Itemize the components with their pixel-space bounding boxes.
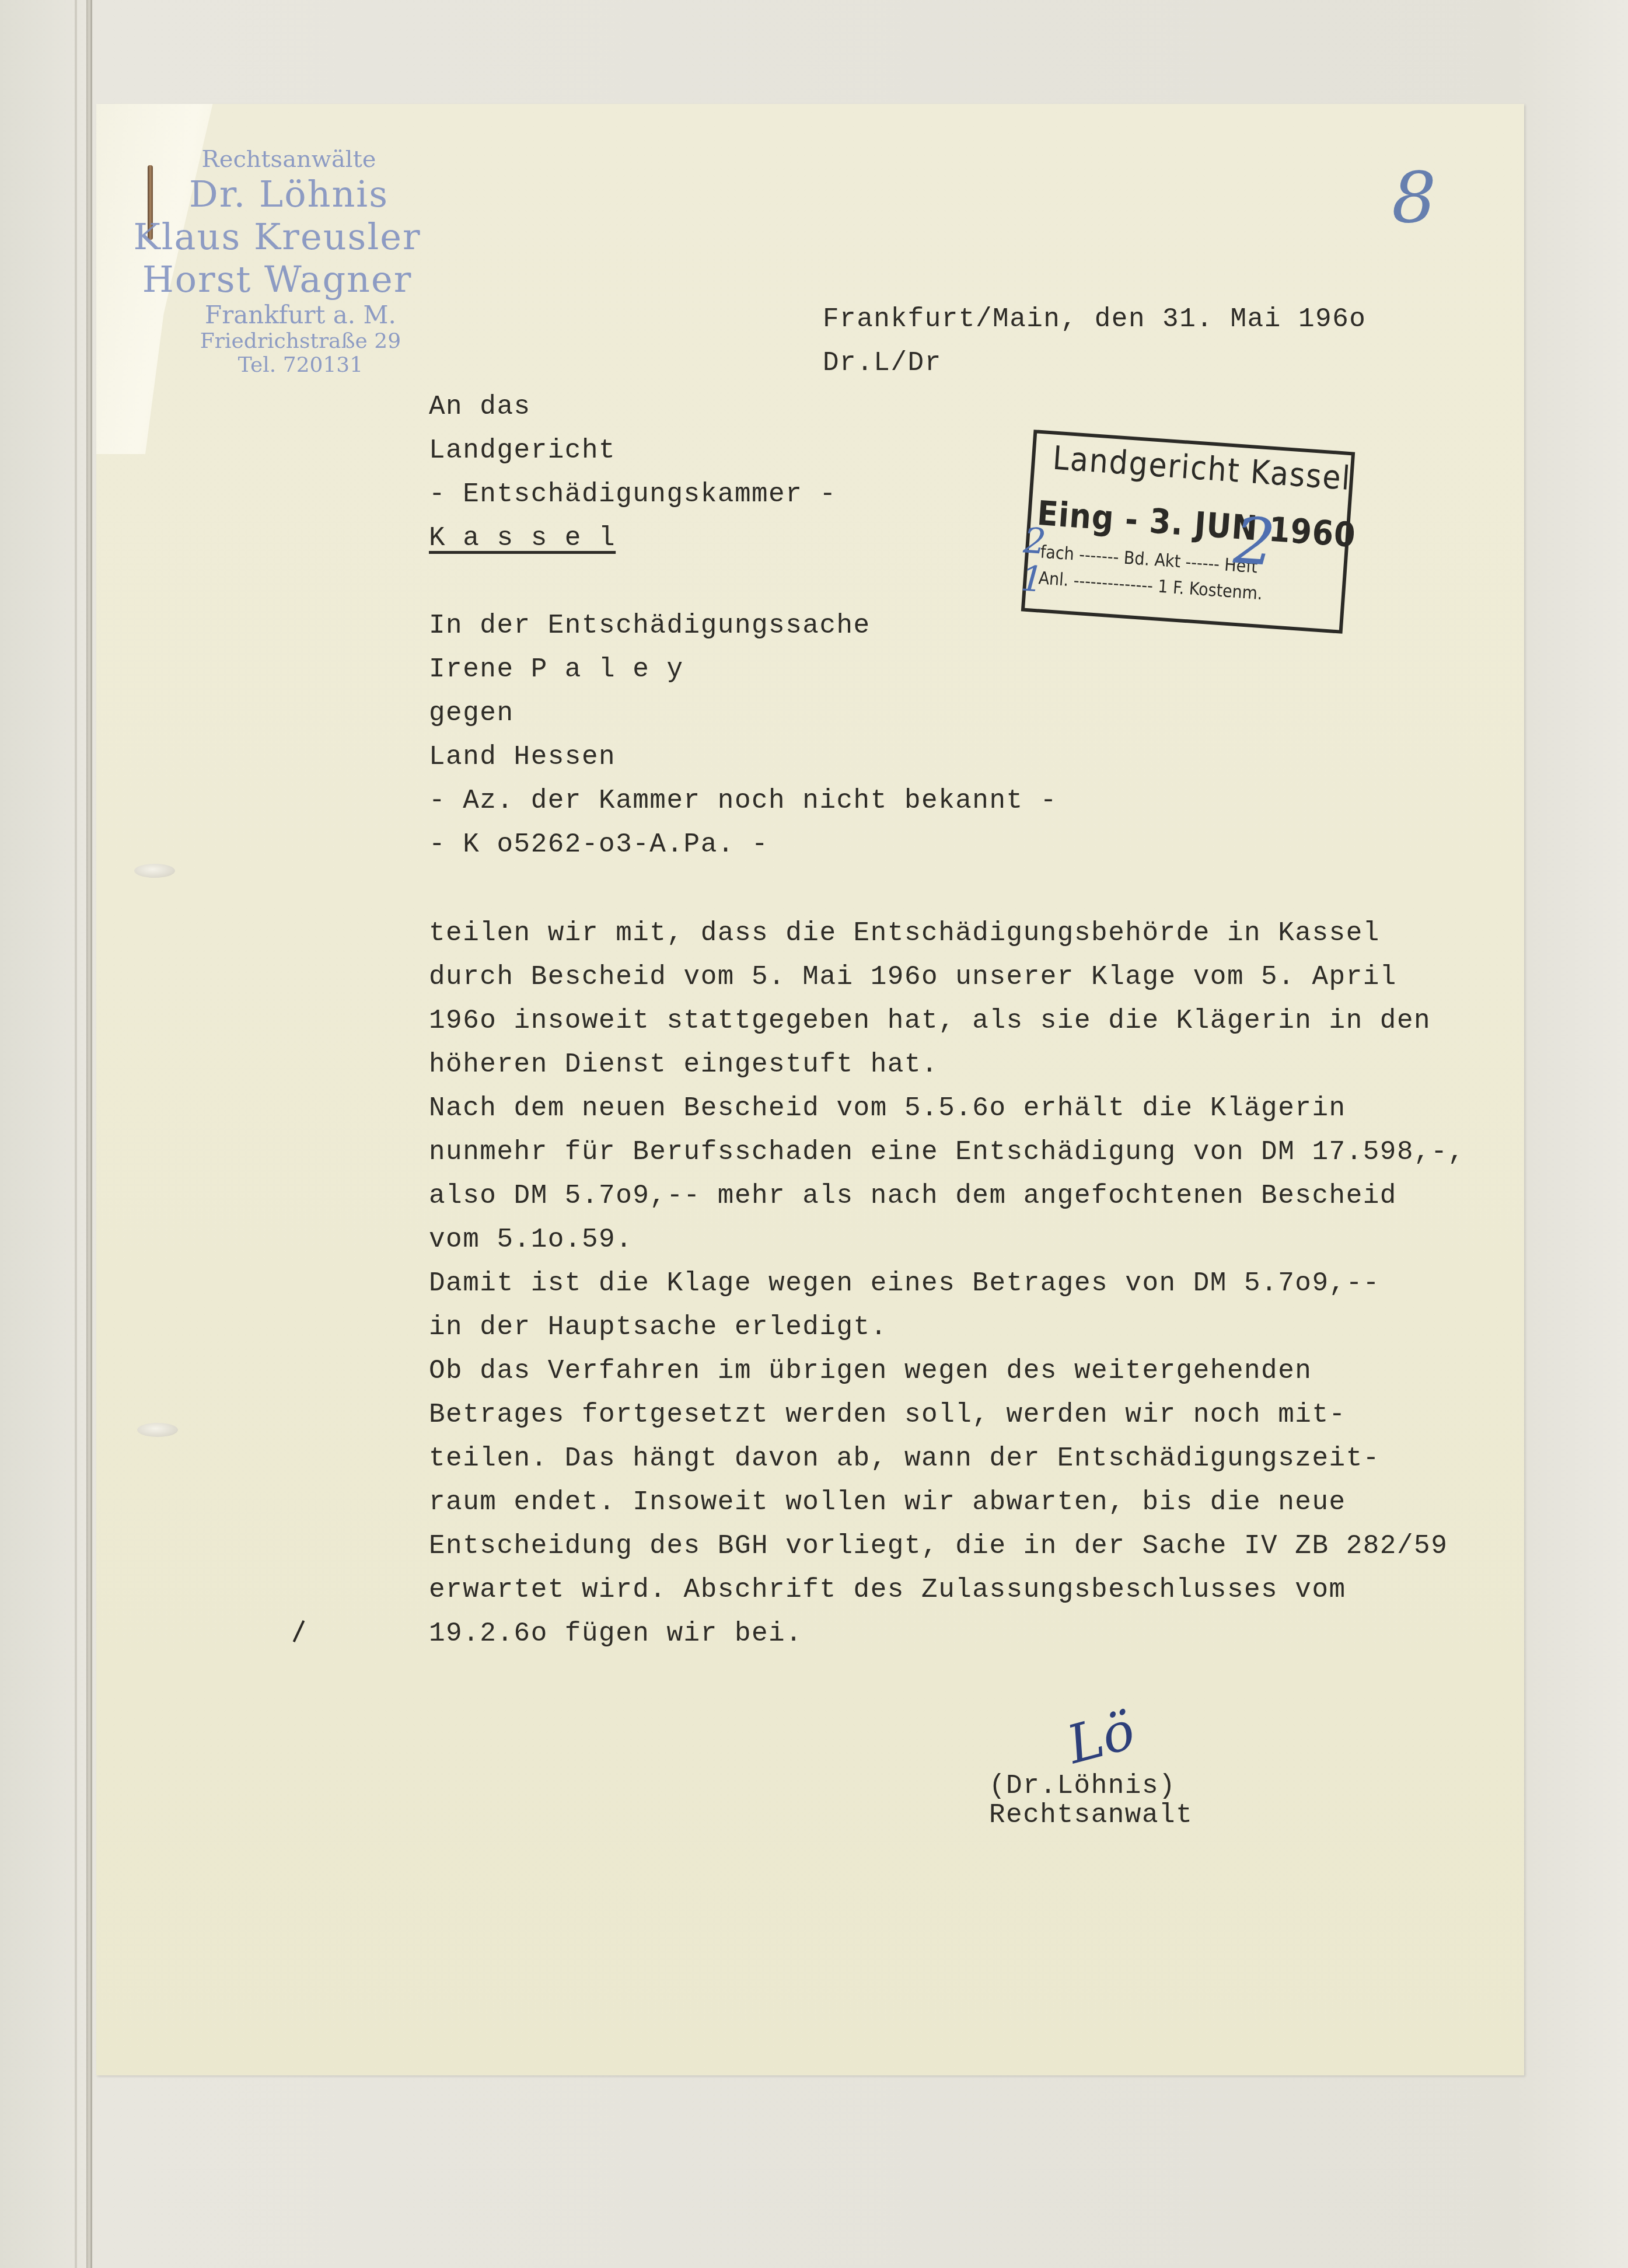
letterhead-partner-3: Horst Wagner [114,258,441,301]
body-line: durch Bescheid vom 5. Mai 196o unserer K… [429,955,1397,999]
punch-hole-icon [137,1423,178,1437]
body-line: in der Hauptsache erledigt. [429,1306,888,1349]
letterhead-partner-1: Dr. Löhnis [137,173,441,215]
letterhead-city: Frankfurt a. M. [160,301,441,329]
body-line: nunmehr für Berufsschaden eine Entschädi… [429,1130,1465,1174]
body-line: Entscheidung des BGH vorliegt, die in de… [429,1524,1448,1568]
reference-code: Dr.L/Dr [823,341,942,385]
body-line: also DM 5.7o9,-- mehr als nach dem angef… [429,1174,1397,1218]
letterhead-partner-2: Klaus Kreusler [114,215,441,258]
letterhead-stamp: Rechtsanwälte Dr. Löhnis Klaus Kreusler … [114,146,441,377]
sleeve-edge [75,0,77,2268]
signatory-title: Rechtsanwalt [989,1794,1193,1837]
recipient-line-2: Landgericht [429,429,616,473]
case-intro: In der Entschädigungssache [429,604,871,648]
stamp-handwritten-copies: 2 [1232,503,1278,581]
court-receipt-stamp: Landgericht Kassel Eing - 3. JUN 1960 fa… [1021,430,1355,634]
body-line: Damit ist die Klage wegen eines Betrages… [429,1262,1380,1306]
body-line: teilen. Das hängt davon ab, wann der Ent… [429,1437,1380,1481]
stamp-handwritten-count-2: 1 [1019,558,1044,600]
body-line: 196o insoweit stattgegeben hat, als sie … [429,999,1431,1043]
case-court-reference: - Az. der Kammer noch nicht bekannt - [429,779,1057,823]
recipient-line-3: - Entschädigungskammer - [429,473,837,517]
body-line: erwartet wird. Abschrift des Zulassungsb… [429,1568,1346,1612]
body-line: Ob das Verfahren im übrigen wegen des we… [429,1349,1312,1393]
body-line: Betrages fortgesetzt werden soll, werden… [429,1393,1346,1437]
letterhead-street: Friedrichstraße 29 [160,329,441,353]
folio-number: 8 [1392,158,1436,239]
recipient-city: K a s s e l [429,517,616,560]
punch-hole-icon [134,864,175,878]
body-line: raum endet. Insoweit wollen wir abwarten… [429,1481,1346,1524]
recipient-line-1: An das [429,385,531,429]
body-line: 19.2.6o fügen wir bei. [429,1612,802,1656]
place-date: Frankfurt/Main, den 31. Mai 196o [823,298,1366,341]
letterhead-title: Rechtsanwälte [137,146,441,173]
folder-binding-edge [86,0,92,2268]
case-defendant: Land Hessen [429,735,616,779]
case-claimant: Irene P a l e y [429,648,684,692]
case-versus: gegen [429,692,514,735]
body-line: vom 5.1o.59. [429,1218,633,1262]
case-file-reference: - K o5262-o3-A.Pa. - [429,823,768,867]
body-line: Nach dem neuen Bescheid vom 5.5.6o erhäl… [429,1087,1346,1130]
body-line: teilen wir mit, dass die Entschädigungsb… [429,912,1380,955]
letterhead-phone: Tel. 720131 [160,353,441,377]
body-line: höheren Dienst eingestuft hat. [429,1043,938,1087]
stamp-handwritten-count-1: 2 [1022,520,1047,562]
